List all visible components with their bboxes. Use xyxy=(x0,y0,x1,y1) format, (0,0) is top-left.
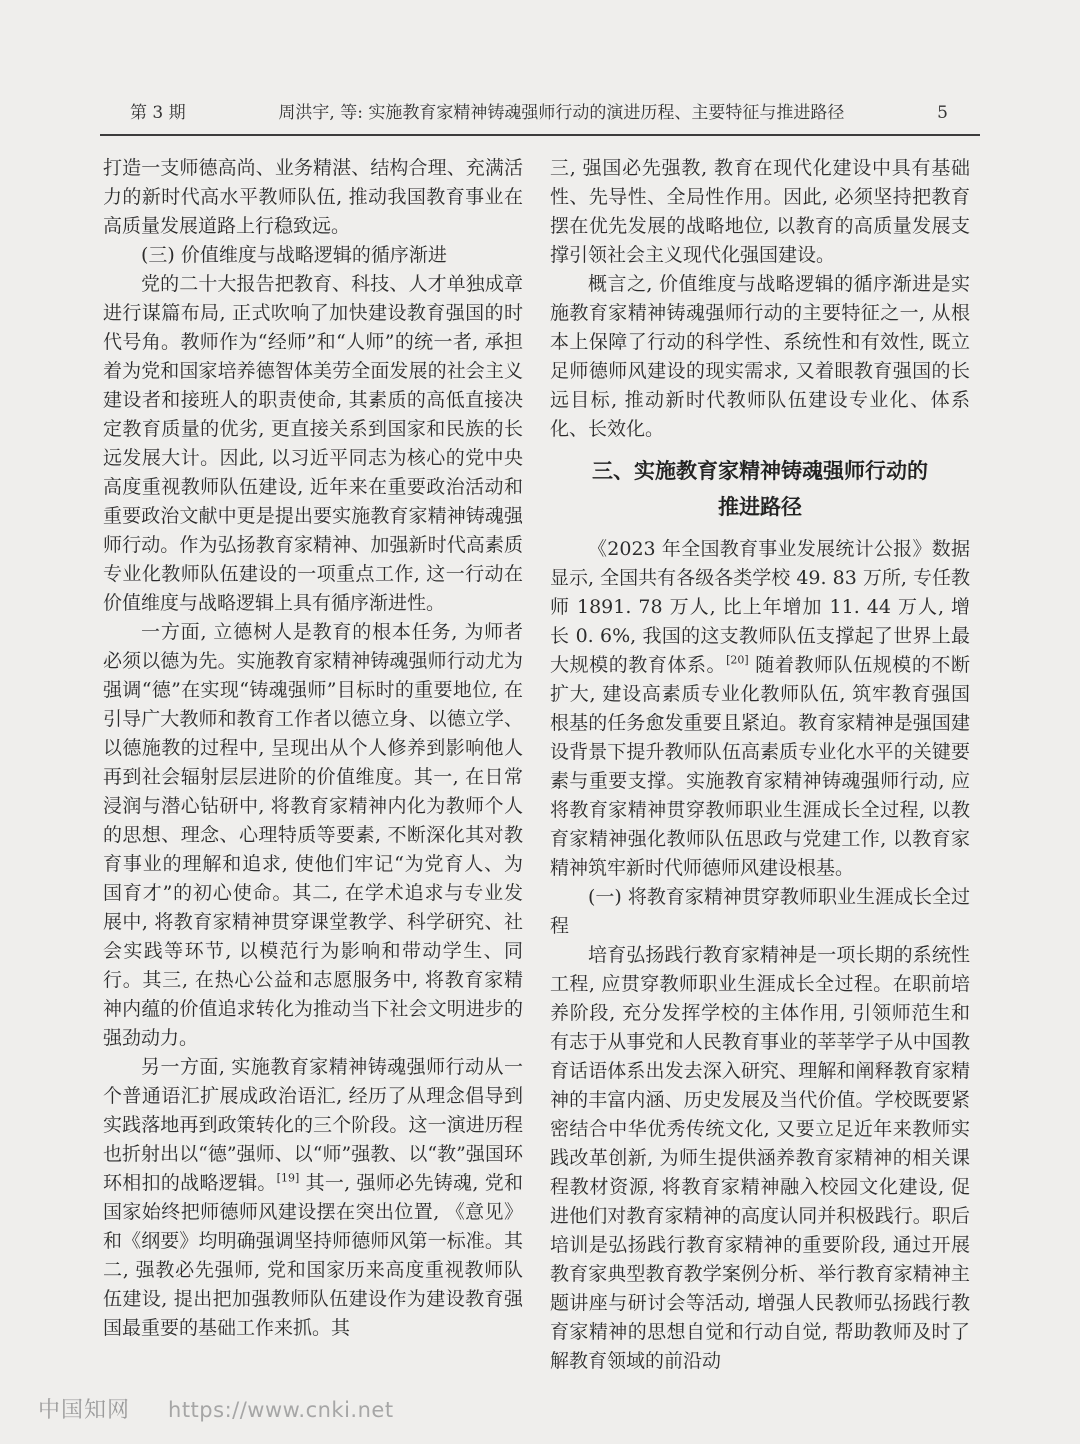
citation-reference: [19] xyxy=(277,1172,300,1185)
citation-reference: [20] xyxy=(726,654,749,667)
paragraph: 概言之, 价值维度与战略逻辑的循序渐进是实施教育家精神铸魂强师行动的主要特征之一… xyxy=(550,270,970,444)
subsection-heading: (三) 价值维度与战略逻辑的循序渐进 xyxy=(103,241,523,270)
page-header: 第 3 期 周洪宇, 等: 实施教育家精神铸魂强师行动的演进历程、主要特征与推进… xyxy=(100,0,980,123)
column-left: 打造一支师德高尚、业务精湛、结构合理、充满活力的新时代高水平教师队伍, 推动我国… xyxy=(103,154,523,1376)
paragraph: 党的二十大报告把教育、科技、人才单独成章进行谋篇布局, 正式吹响了加快建设教育强… xyxy=(103,270,523,618)
cnki-watermark: 中国知网 https://www.cnki.net xyxy=(38,1393,394,1424)
paragraph: 另一方面, 实施教育家精神铸魂强师行动从一个普通语汇扩展成政治语汇, 经历了从理… xyxy=(103,1053,523,1343)
paper-page: 第 3 期 周洪宇, 等: 实施教育家精神铸魂强师行动的演进历程、主要特征与推进… xyxy=(0,0,1080,1444)
column-right: 三, 强国必先强教, 教育在现代化建设中具有基础性、先导性、全局性作用。因此, … xyxy=(550,154,970,1376)
header-rule xyxy=(100,134,980,136)
watermark-site-url: https://www.cnki.net xyxy=(168,1398,394,1422)
section-heading-line: 三、实施教育家精神铸魂强师行动的 xyxy=(550,453,970,489)
article-body: 打造一支师德高尚、业务精湛、结构合理、充满活力的新时代高水平教师队伍, 推动我国… xyxy=(103,154,977,1376)
page-number: 5 xyxy=(937,103,948,123)
paragraph: 三, 强国必先强教, 教育在现代化建设中具有基础性、先导性、全局性作用。因此, … xyxy=(550,154,970,270)
watermark-site-name: 中国知网 xyxy=(38,1398,130,1423)
paragraph: 打造一支师德高尚、业务精湛、结构合理、充满活力的新时代高水平教师队伍, 推动我国… xyxy=(103,154,523,241)
running-title: 周洪宇, 等: 实施教育家精神铸魂强师行动的演进历程、主要特征与推进路径 xyxy=(186,98,938,123)
section-heading-line: 推进路径 xyxy=(550,489,970,525)
paragraph: 《2023 年全国教育事业发展统计公报》数据显示, 全国共有各级各类学校 49.… xyxy=(550,535,970,883)
paragraph: 一方面, 立德树人是教育的根本任务, 为师者必须以德为先。实施教育家精神铸魂强师… xyxy=(103,618,523,1053)
section-heading: 三、实施教育家精神铸魂强师行动的推进路径 xyxy=(550,453,970,525)
subsection-heading: (一) 将教育家精神贯穿教师职业生涯成长全过程 xyxy=(550,883,970,941)
paragraph: 培育弘扬践行教育家精神是一项长期的系统性工程, 应贯穿教师职业生涯成长全过程。在… xyxy=(550,941,970,1376)
journal-issue: 第 3 期 xyxy=(130,98,186,123)
